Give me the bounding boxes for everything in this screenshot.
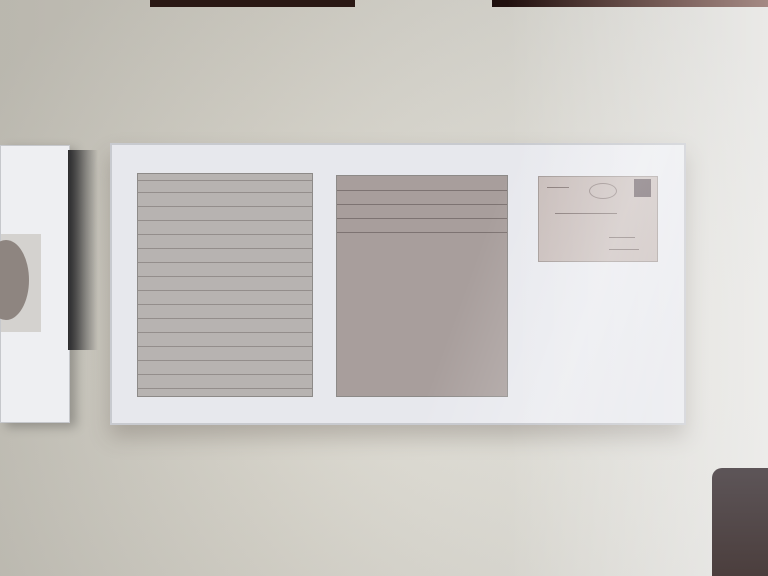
- oval-portrait-photo: [1, 234, 41, 332]
- frame-edge-top-left: [150, 0, 355, 7]
- case-shadow: [68, 150, 98, 350]
- side-display-case: [0, 145, 70, 423]
- foreground-object: [712, 468, 768, 576]
